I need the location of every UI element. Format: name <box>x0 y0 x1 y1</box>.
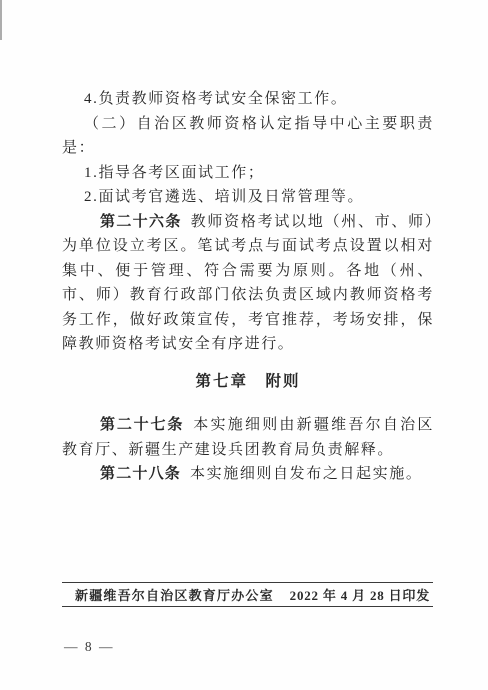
list-item: 4.负责教师资格考试安全保密工作。 <box>62 87 434 112</box>
article-number: 第二十六条 <box>100 213 182 230</box>
article-paragraph: 第二十六条教师资格考试以地（州、市、师）为单位设立考区。笔试考点与面试考点设置以… <box>62 210 434 357</box>
article-paragraph: 第二十八条本实施细则自发布之日起实施。 <box>62 462 434 487</box>
article-text: 教师资格考试以地（州、市、师）为单位设立考区。笔试考点与面试考点设置以相对集中、… <box>62 214 434 353</box>
article-text: 本实施细则自发布之日起实施。 <box>190 466 422 482</box>
scan-edge-artifact <box>0 0 2 40</box>
article-number: 第二十七条 <box>100 416 184 433</box>
print-date: 2022 年 4 月 28 日印发 <box>290 585 430 604</box>
list-item: （二）自治区教师资格认定指导中心主要职责是： <box>62 112 434 161</box>
article-paragraph: 第二十七条本实施细则由新疆维吾尔自治区教育厅、新疆生产建设兵团教育局负责解释。 <box>62 413 434 462</box>
list-item: 2.面试考官遴选、培训及日常管理等。 <box>62 185 434 210</box>
issuer-office: 新疆维吾尔自治区教育厅办公室 <box>75 585 274 604</box>
colophon: 新疆维吾尔自治区教育厅办公室 2022 年 4 月 28 日印发 <box>62 582 433 607</box>
document-page: 4.负责教师资格考试安全保密工作。（二）自治区教师资格认定指导中心主要职责是：1… <box>0 0 488 690</box>
list-item: 1.指导各考区面试工作； <box>62 161 434 186</box>
page-number: — 8 — <box>64 639 115 655</box>
chapter-heading: 第七章 附则 <box>62 370 434 395</box>
article-number: 第二十八条 <box>100 465 181 482</box>
document-body: 4.负责教师资格考试安全保密工作。（二）自治区教师资格认定指导中心主要职责是：1… <box>62 87 434 487</box>
